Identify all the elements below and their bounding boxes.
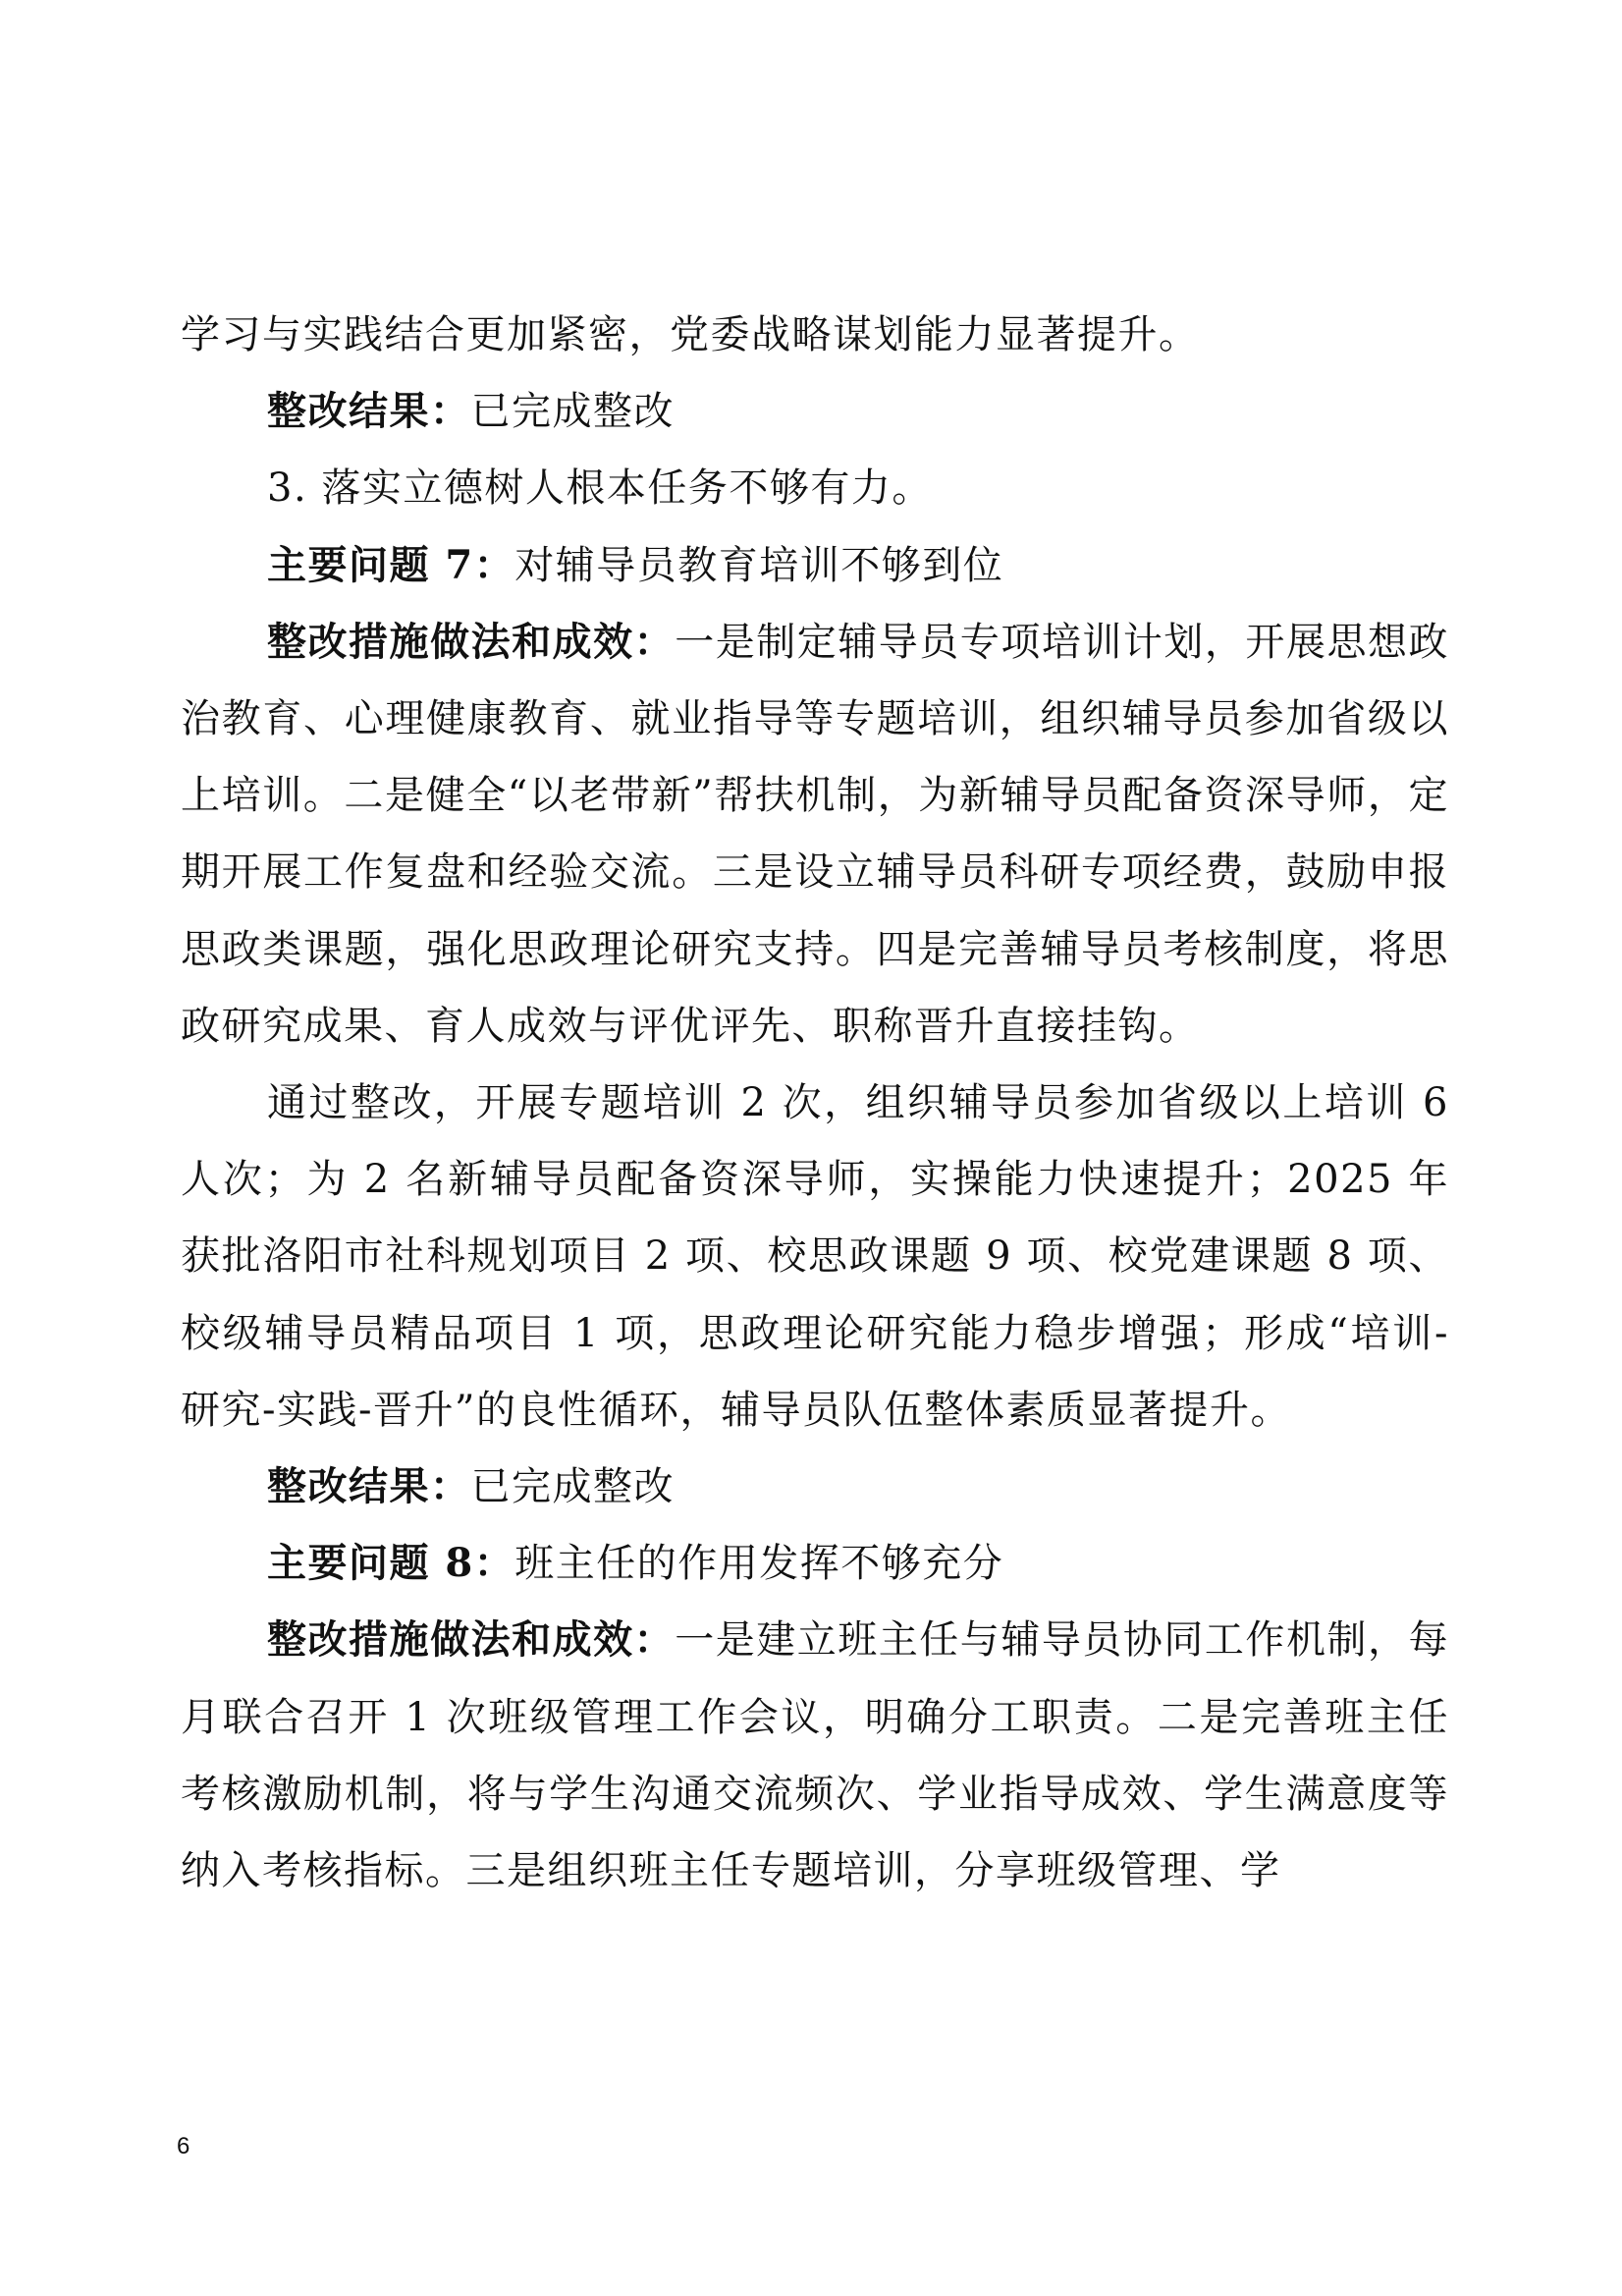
measures-paragraph-7: 整改措施做法和成效：一是制定辅导员专项培训计划，开展思想政治教育、心理健康教育、… xyxy=(181,604,1449,1065)
outcomes-paragraph-7: 通过整改，开展专题培训 2 次，组织辅导员参加省级以上培训 6 人次；为 2 名… xyxy=(181,1065,1449,1449)
section-heading: 3. 落实立德树人根本任务不够有力。 xyxy=(181,450,1449,526)
paragraph-text: 学习与实践结合更加紧密，党委战略谋划能力显著提升。 xyxy=(181,312,1200,357)
result-value: 已完成整改 xyxy=(471,389,676,434)
measures-paragraph-8: 整改措施做法和成效：一是建立班主任与辅导员协同工作机制，每月联合召开 1 次班级… xyxy=(181,1602,1449,1909)
page-number: 6 xyxy=(177,2133,189,2160)
issue-label: 主要问题 7： xyxy=(267,542,514,588)
measures-label: 整改措施做法和成效： xyxy=(267,1616,675,1663)
result-value: 已完成整改 xyxy=(471,1464,676,1509)
section-heading-text: 3. 落实立德树人根本任务不够有力。 xyxy=(267,465,933,511)
result-label: 整改结果： xyxy=(267,1463,471,1509)
result-label: 整改结果： xyxy=(267,388,471,434)
document-body: 学习与实践结合更加紧密，党委战略谋划能力显著提升。 整改结果：已完成整改 3. … xyxy=(181,297,1449,1909)
main-issue-8: 主要问题 8：班主任的作用发挥不够充分 xyxy=(181,1525,1449,1602)
document-page: 学习与实践结合更加紧密，党委战略谋划能力显著提升。 整改结果：已完成整改 3. … xyxy=(0,0,1622,2296)
rectification-result: 整改结果：已完成整改 xyxy=(181,1449,1449,1525)
measures-text: 一是制定辅导员专项培训计划，开展思想政治教育、心理健康教育、就业指导等专题培训，… xyxy=(181,620,1449,1049)
main-issue-7: 主要问题 7：对辅导员教育培训不够到位 xyxy=(181,527,1449,604)
issue-text: 班主任的作用发挥不够充分 xyxy=(514,1541,1003,1586)
measures-label: 整改措施做法和成效： xyxy=(267,619,675,665)
issue-text: 对辅导员教育培训不够到位 xyxy=(514,543,1003,588)
rectification-result: 整改结果：已完成整改 xyxy=(181,373,1449,450)
issue-label: 主要问题 8： xyxy=(267,1540,514,1586)
outcomes-text: 通过整改，开展专题培训 2 次，组织辅导员参加省级以上培训 6 人次；为 2 名… xyxy=(181,1080,1449,1433)
paragraph-continuation: 学习与实践结合更加紧密，党委战略谋划能力显著提升。 xyxy=(181,297,1449,373)
